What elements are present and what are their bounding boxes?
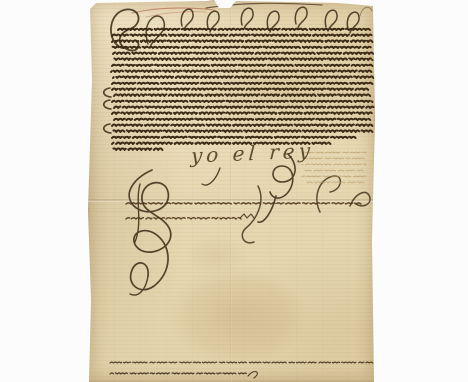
handwriting-line [112, 65, 372, 66]
handwriting-line [112, 112, 372, 114]
main-text-lines [111, 29, 374, 150]
bottom-docket-flourish [248, 372, 257, 378]
secretary-paraph [129, 170, 171, 295]
handwriting-line [113, 53, 373, 54]
bottom-docket-lines [110, 362, 373, 374]
secretary-docket-lines [126, 203, 361, 219]
handwriting-line [112, 130, 372, 132]
handwriting-line [302, 164, 366, 165]
handwriting-line [112, 89, 368, 90]
handwriting-line [112, 137, 356, 138]
handwriting-line [112, 40, 372, 42]
manuscript-ink-layer [88, 0, 375, 382]
handwriting-line [304, 182, 364, 183]
opening-flourishes [111, 3, 372, 50]
handwriting-line [112, 83, 372, 84]
handwriting-line [110, 373, 247, 374]
manuscript-page: yo el rey [88, 0, 375, 382]
handwriting-line [111, 47, 371, 48]
margin-calderon-marks [104, 88, 111, 133]
handwriting-line [126, 203, 361, 204]
photo-background: yo el rey [0, 0, 468, 382]
handwriting-line [112, 35, 372, 36]
handwriting-line [114, 119, 370, 120]
mid-flourishes [240, 176, 370, 243]
handwriting-line [113, 76, 373, 78]
handwriting-line [112, 58, 372, 60]
handwriting-line [303, 170, 363, 171]
handwriting-line [112, 101, 372, 102]
handwriting-line [112, 148, 162, 150]
handwriting-line [110, 362, 373, 363]
handwriting-line [126, 218, 241, 219]
handwriting-line [112, 125, 372, 126]
handwriting-line [118, 29, 370, 30]
handwriting-line [111, 71, 371, 72]
red-ink-marks [132, 8, 214, 17]
handwriting-line [114, 94, 370, 96]
handwriting-line [114, 107, 374, 108]
